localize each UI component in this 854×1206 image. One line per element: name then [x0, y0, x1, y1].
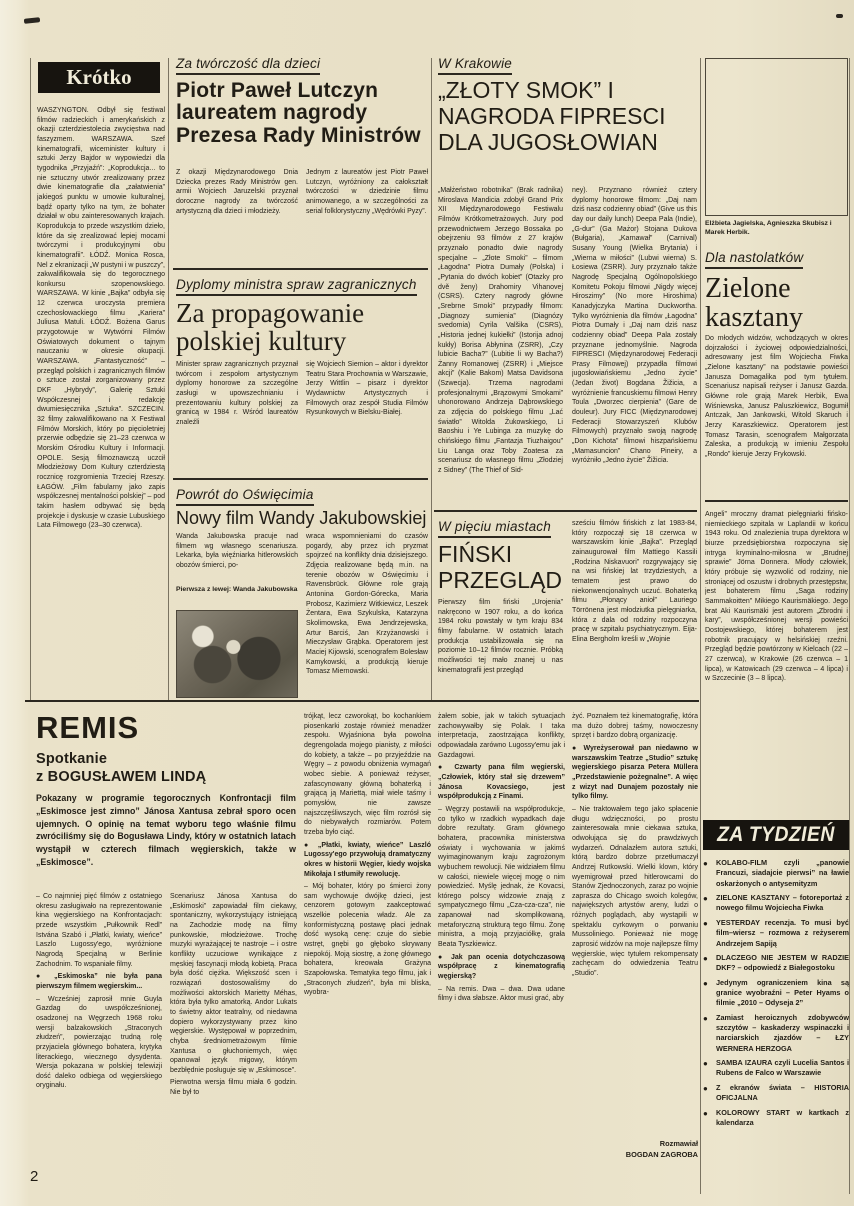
kicker-smok: W Krakowie	[438, 56, 512, 75]
headline-lutczyn: Piotr Paweł Lutczyn laureatem nagrody Pr…	[176, 80, 428, 147]
kicker-jakubowska: Powrót do Oświęcimia	[176, 487, 314, 506]
article-rule	[434, 510, 697, 512]
byline-author: BOGDAN ZAGROBA	[572, 1149, 698, 1160]
paragraph: – Wcześniej zaprosił mnie Guyla Gazdag d…	[36, 995, 162, 1092]
kicker-kultura: Dyplomy ministra spraw zagranicznych	[176, 277, 417, 296]
remis-col5: żyć. Poznałem też kinematografię, która …	[572, 712, 698, 1132]
film-still-wanda-jakubowska-photo	[176, 610, 298, 698]
krotko-title-bar: Krótko	[38, 62, 160, 93]
kicker-lutczyn: Za twórczość dla dzieci	[176, 56, 320, 75]
paragraph: Pierwotna wersja filmu miała 6 godzin. N…	[170, 1078, 297, 1097]
newspaper-page: Krótko WASZYNGTON. Odbył się festiwal fi…	[0, 0, 854, 1206]
article-rule	[173, 268, 428, 270]
remis-title: REMIS	[36, 712, 139, 745]
remis-col2: Scenariusz Jánosa Xantusa do „Eskimoski”…	[170, 892, 297, 1192]
kultura-col2: się Wojciech Siemion – aktor i dyrektor …	[306, 360, 428, 472]
kicker-finski: W pięciu miastach	[438, 519, 551, 538]
remis-col1: – Co najmniej pięć filmów z ostatniego o…	[36, 892, 162, 1160]
scan-mark	[24, 17, 40, 24]
headline-jakubowska: Nowy film Wandy Jakubowskiej	[176, 508, 428, 528]
column-rule	[168, 58, 169, 700]
za-tydzien-item: KOLOROWY START w kartkach z kalendarza	[703, 1108, 849, 1129]
za-tydzien-title: ZA TYDZIEŃ	[717, 823, 835, 847]
jakubowska-col1: Wanda Jakubowska pracuje nad filmem wg w…	[176, 532, 298, 582]
article-rule	[173, 478, 428, 480]
remis-byline: Rozmawiał BOGDAN ZAGROBA	[572, 1138, 698, 1160]
za-tydzien-list: KOLABO-FILM czyli „panowie Francuzi, sia…	[703, 858, 849, 1194]
paragraph: ● Czwarty pana film węgierski, „Człowiek…	[438, 763, 565, 802]
jakubowska-photo-caption: Pierwsza z lewej: Wanda Jakubowska	[176, 586, 298, 595]
lutczyn-col2: Jednym z laureatów jest Piotr Paweł Lutc…	[306, 168, 428, 262]
kasztany-body: Do młodych widzów, wchodzących w okres d…	[705, 334, 848, 494]
remis-col3: trójkąt, lecz czworokąt, bo kochankiem p…	[304, 712, 431, 1194]
za-tydzien-item: DLACZEGO NIE JESTEM W RADZIE DKF? – odpo…	[703, 953, 849, 974]
krotko-title: Krótko	[66, 65, 131, 90]
za-tydzien-title-bar: ZA TYDZIEŃ	[703, 820, 849, 850]
krotko-body: WASZYNGTON. Odbył się festiwal filmów ra…	[37, 106, 165, 694]
paragraph: – Węgrzy postawili na współprodukcje, co…	[438, 805, 565, 950]
film-still-zielone-kasztany-photo	[705, 58, 848, 216]
za-tydzien-item: Jedynym ograniczeniem kina są granice wy…	[703, 978, 849, 1009]
jakubowska-col2: wraca wspomnieniami do czasów pogardy, a…	[306, 532, 428, 698]
remis-col4: żałem sobie, jak w takich sytuacjach zac…	[438, 712, 565, 1194]
column-rule	[30, 58, 31, 700]
paragraph: ● Wyreżyserował pan niedawno w warszawsk…	[572, 744, 698, 802]
finski-col2: sześciu filmów fińskich z lat 1983-84, k…	[572, 519, 697, 699]
remis-subtitle-line1: Spotkanie	[36, 752, 107, 767]
paragraph: ● „Eskimoska” nie była pana pierwszym fi…	[36, 972, 162, 991]
lutczyn-col1: Z okazji Międzynarodowego Dnia Dziecka p…	[176, 168, 298, 262]
paragraph: żałem sobie, jak w takich sytuacjach zac…	[438, 712, 565, 760]
smok-col1: „Małżeństwo robotnika” (Brak radnika) Mi…	[438, 186, 563, 504]
za-tydzien-item: ZIELONE KASZTANY – fotoreportaż z nowego…	[703, 893, 849, 914]
za-tydzien-item: KOLABO-FILM czyli „panowie Francuzi, sia…	[703, 858, 849, 889]
section-rule	[25, 700, 699, 702]
column-rule	[700, 58, 701, 1194]
paragraph: żyć. Poznałem też kinematografię, która …	[572, 712, 698, 741]
smok-col2: ney). Przyznano również cztery dyplomy h…	[572, 186, 697, 504]
scan-mark	[836, 14, 843, 18]
paragraph: ● Jak pan ocenia dotychczasową współprac…	[438, 953, 565, 982]
remis-lead: Pokazany w programie tegorocznych Konfro…	[36, 792, 296, 888]
paragraph: – Mój bohater, który po śmierci żony sam…	[304, 882, 431, 998]
article-rule	[705, 500, 848, 502]
za-tydzien-item: YESTERDAY recenzja. To musi być film–wie…	[703, 918, 849, 949]
paragraph: – Na remis. Dwa – dwa. Dwa udane filmy i…	[438, 985, 565, 1004]
byline-label: Rozmawiał	[572, 1138, 698, 1149]
paragraph: ● „Płatki, kwiaty, wieńce” Laszló Lugoss…	[304, 841, 431, 880]
finski-col3: Angeli” mroczny dramat pielęgniarki fińs…	[705, 510, 848, 814]
column-rule	[431, 58, 432, 700]
za-tydzien-item: SAMBA IZAURA czyli Lucelia Santos i Rube…	[703, 1058, 849, 1079]
paragraph: – Co najmniej pięć filmów z ostatniego o…	[36, 892, 162, 969]
headline-finski: FIŃSKI PRZEGLĄD	[438, 542, 568, 594]
paragraph: trójkąt, lecz czworokąt, bo kochankiem p…	[304, 712, 431, 838]
paragraph: – Nie traktowałem tego jako spłacenie dł…	[572, 805, 698, 979]
paragraph: Scenariusz Jánosa Xantusa do „Eskimoski”…	[170, 892, 297, 1075]
page-number: 2	[30, 1168, 38, 1185]
page-edge-rule	[849, 58, 850, 1194]
finski-col1: Pierwszy film fiński „Urojenia” nakręcon…	[438, 598, 563, 698]
za-tydzien-item: Z ekranów świata – HISTORIA OFICJALNA	[703, 1083, 849, 1104]
za-tydzien-item: Zamiast heroicznych zdobywców szczytów –…	[703, 1013, 849, 1054]
right-photo-caption: Elżbieta Jagielska, Agnieszka Skubisz i …	[705, 220, 848, 238]
kicker-kasztany: Dla nastolatków	[705, 250, 803, 269]
kultura-col1: Minister spraw zagranicznych przyznał tw…	[176, 360, 298, 472]
headline-kasztany: Zielone kasztany	[705, 274, 848, 332]
remis-subtitle-line2: z BOGUSŁAWEM LINDĄ	[36, 770, 206, 785]
headline-kultura: Za propagowanie polskiej kultury	[176, 299, 426, 355]
headline-smok: „ZŁOTY SMOK” I NAGRODA FIPRESCI DLA JUGO…	[438, 78, 696, 155]
